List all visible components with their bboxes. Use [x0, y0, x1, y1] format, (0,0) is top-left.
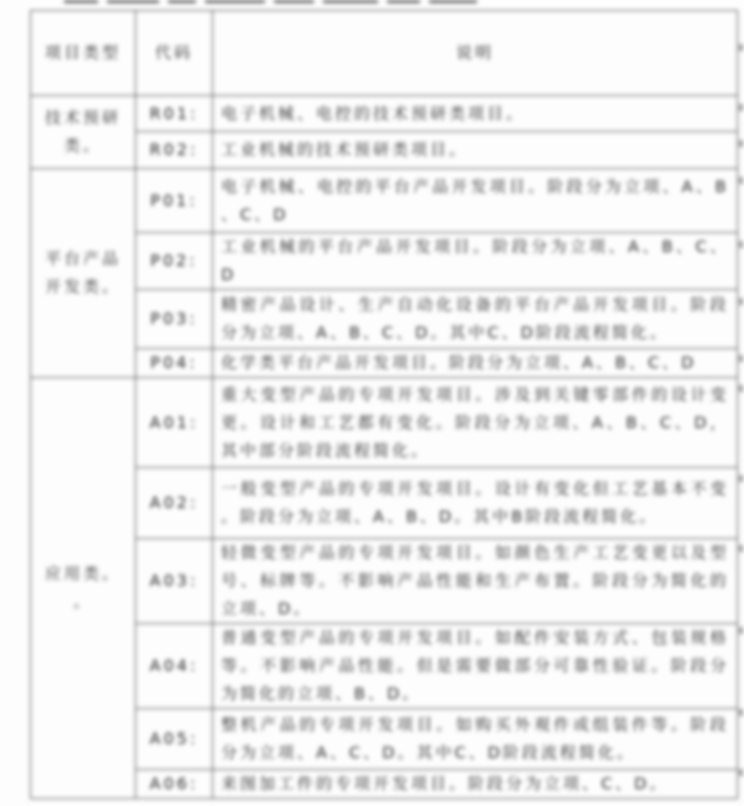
description-cell: 轻微变型产品的专项开发项目。如颜色生产工艺变更以及型号、标牌等。不影响产品性能和… [213, 539, 738, 624]
row-end-mark [739, 475, 743, 482]
cropped-text-remnant [64, 0, 534, 4]
table-row: A03: 轻微变型产品的专项开发项目。如颜色生产工艺变更以及型号、标牌等。不影响… [31, 539, 738, 624]
table-row: P04: 化学类平台产品开发项目。阶段分为立项、A、B、C、D [31, 349, 738, 378]
blurred-scan-layer: 项目类型 代码 说明 技术预研类。 R01: 电子机械、电控的技术预研类项目。 … [0, 0, 744, 806]
row-end-mark [739, 627, 743, 634]
row-end-mark [739, 385, 743, 392]
text-fragment [323, 0, 378, 3]
table-row: A06: 来图加工件的专项开发项目。阶段分为立项、C、D。 [31, 770, 738, 799]
text-fragment [64, 0, 98, 3]
code-cell: P04: [136, 349, 213, 378]
code-cell: A02: [136, 468, 213, 539]
description-cell: 精密产品设计、生产自动化设备的平台产品开发项目。阶段分为立项、A、B、C、D。其… [213, 290, 738, 349]
table-row: 应用类。 。 A01: 重大变型产品的专项开发项目。涉及到关键零部件的设计变更。… [31, 378, 738, 468]
description-cell: 工业机械的平台产品开发项目。阶段分为立项、A、B、C、D [213, 233, 738, 290]
code-cell: A05: [136, 709, 213, 770]
text-fragment [107, 0, 159, 3]
row-end-mark [739, 177, 743, 184]
description-cell: 一般变型产品的专项开发项目。设计有变化但工艺基本不变。阶段分为立项、A、B、D。… [213, 468, 738, 539]
description-cell: 工业机械的技术预研类项目。 [213, 132, 738, 169]
group-label-application: 应用类。 。 [31, 378, 136, 799]
text-fragment [429, 0, 477, 3]
row-end-mark [739, 298, 743, 305]
row-end-mark [739, 355, 743, 362]
description-cell: 整机产品的专项开发项目。如购买外观件或组装件等。阶段分为立项、A、C、D。其中C… [213, 709, 738, 770]
table-row: 技术预研类。 R01: 电子机械、电控的技术预研类项目。 [31, 96, 738, 132]
group-label-platform: 平台产品开发类。 [31, 169, 136, 378]
description-cell: 重大变型产品的专项开发项目。涉及到关键零部件的设计变更。设计和工艺都有变化。阶段… [213, 378, 738, 468]
code-cell: A06: [136, 770, 213, 799]
header-project-type: 项目类型 [31, 11, 136, 96]
description-cell: 电子机械、电控的技术预研类项目。 [213, 96, 738, 132]
code-cell: A04: [136, 624, 213, 709]
row-end-mark [739, 545, 743, 552]
table-header-row: 项目类型 代码 说明 [31, 11, 738, 96]
code-cell: R01: [136, 96, 213, 132]
table-row: P02: 工业机械的平台产品开发项目。阶段分为立项、A、B、C、D [31, 233, 738, 290]
description-cell: 普通变型产品的专项开发项目。如配件安装方式、包装规格等。不影响产品性能。但是需要… [213, 624, 738, 709]
row-end-mark [739, 140, 743, 147]
code-cell: P03: [136, 290, 213, 349]
row-end-mark [739, 241, 743, 248]
project-code-table: 项目类型 代码 说明 技术预研类。 R01: 电子机械、电控的技术预研类项目。 … [30, 10, 738, 799]
description-cell: 来图加工件的专项开发项目。阶段分为立项、C、D。 [213, 770, 738, 799]
row-end-mark [739, 44, 743, 51]
document-page: 项目类型 代码 说明 技术预研类。 R01: 电子机械、电控的技术预研类项目。 … [0, 0, 744, 806]
code-cell: A01: [136, 378, 213, 468]
table-row: 平台产品开发类。 P01: 电子机械、电控的平台产品开发项目。阶段分为立项、A、… [31, 169, 738, 233]
code-cell: R02: [136, 132, 213, 169]
table-row: A05: 整机产品的专项开发项目。如购买外观件或组装件等。阶段分为立项、A、C、… [31, 709, 738, 770]
header-description: 说明 [213, 11, 738, 96]
code-cell: P02: [136, 233, 213, 290]
table-row: P03: 精密产品设计、生产自动化设备的平台产品开发项目。阶段分为立项、A、B、… [31, 290, 738, 349]
table-row: A04: 普通变型产品的专项开发项目。如配件安装方式、包装规格等。不影响产品性能… [31, 624, 738, 709]
description-cell: 电子机械、电控的平台产品开发项目。阶段分为立项、A、B、C、D [213, 169, 738, 233]
header-code: 代码 [136, 11, 213, 96]
table-row: A02: 一般变型产品的专项开发项目。设计有变化但工艺基本不变。阶段分为立项、A… [31, 468, 738, 539]
code-cell: A03: [136, 539, 213, 624]
group-label-research: 技术预研类。 [31, 96, 136, 169]
row-end-mark [739, 104, 743, 111]
text-fragment [168, 0, 196, 3]
row-end-mark [739, 769, 743, 776]
table-row: R02: 工业机械的技术预研类项目。 [31, 132, 738, 169]
row-end-mark [739, 709, 743, 716]
description-cell: 化学类平台产品开发项目。阶段分为立项、A、B、C、D [213, 349, 738, 378]
text-fragment [274, 0, 314, 3]
text-fragment [387, 0, 420, 3]
text-fragment [205, 0, 265, 3]
code-cell: P01: [136, 169, 213, 233]
